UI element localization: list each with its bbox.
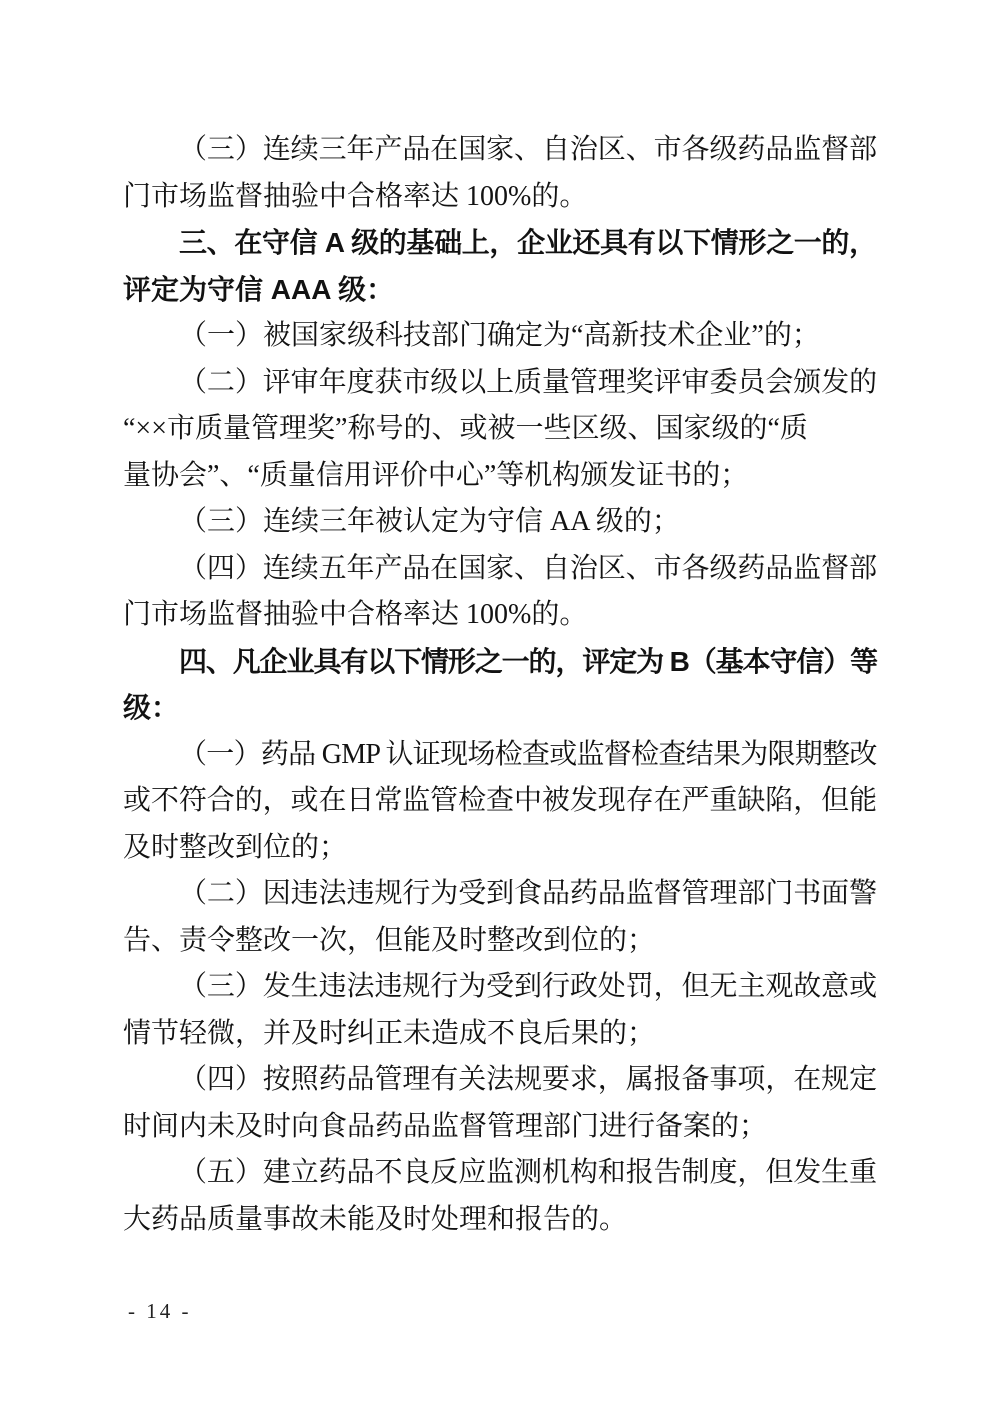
text-line: 四、凡企业具有以下情形之一的，评定为 B（基本守信）等 — [123, 639, 877, 686]
text-line: （三）连续三年产品在国家、自治区、市各级药品监督部 — [123, 127, 877, 174]
text-line: （一）被国家级科技部门确定为“高新技术企业”的； — [123, 313, 877, 360]
text-line: 大药品质量事故未能及时处理和报告的。 — [123, 1197, 877, 1244]
document-page: （三）连续三年产品在国家、自治区、市各级药品监督部门市场监督抽验中合格率达 10… — [0, 0, 992, 1403]
text-line: 级： — [123, 685, 877, 732]
text-line: （三）连续三年被认定为守信 AA 级的； — [123, 499, 877, 546]
text-line: （四）连续五年产品在国家、自治区、市各级药品监督部 — [123, 546, 877, 593]
text-line: 情节轻微，并及时纠正未造成不良后果的； — [123, 1011, 877, 1058]
text-line: 门市场监督抽验中合格率达 100%的。 — [123, 592, 877, 639]
text-line: （一）药品 GMP 认证现场检查或监督检查结果为限期整改 — [123, 732, 877, 779]
text-line: 评定为守信 AAA 级： — [123, 267, 877, 314]
text-line: 告、责令整改一次，但能及时整改到位的； — [123, 918, 877, 965]
text-line: 或不符合的，或在日常监管检查中被发现存在严重缺陷，但能 — [123, 778, 877, 825]
text-line: （二）评审年度获市级以上质量管理奖评审委员会颁发的 — [123, 360, 877, 407]
text-line: 及时整改到位的； — [123, 825, 877, 872]
text-line: 时间内未及时向食品药品监督管理部门进行备案的； — [123, 1104, 877, 1151]
text-line: （五）建立药品不良反应监测机构和报告制度，但发生重 — [123, 1150, 877, 1197]
text-line: （二）因违法违规行为受到食品药品监督管理部门书面警 — [123, 871, 877, 918]
text-line: 量协会”、“质量信用评价中心”等机构颁发证书的； — [123, 453, 877, 500]
text-line: （四）按照药品管理有关法规要求，属报备事项，在规定 — [123, 1057, 877, 1104]
document-body: （三）连续三年产品在国家、自治区、市各级药品监督部门市场监督抽验中合格率达 10… — [123, 127, 877, 1243]
text-line: 门市场监督抽验中合格率达 100%的。 — [123, 174, 877, 221]
page-number: - 14 - — [128, 1299, 192, 1324]
text-line: “××市质量管理奖”称号的、或被一些区级、国家级的“质 — [123, 406, 877, 453]
text-line: 三、在守信 A 级的基础上，企业还具有以下情形之一的， — [123, 220, 877, 267]
text-line: （三）发生违法违规行为受到行政处罚，但无主观故意或 — [123, 964, 877, 1011]
